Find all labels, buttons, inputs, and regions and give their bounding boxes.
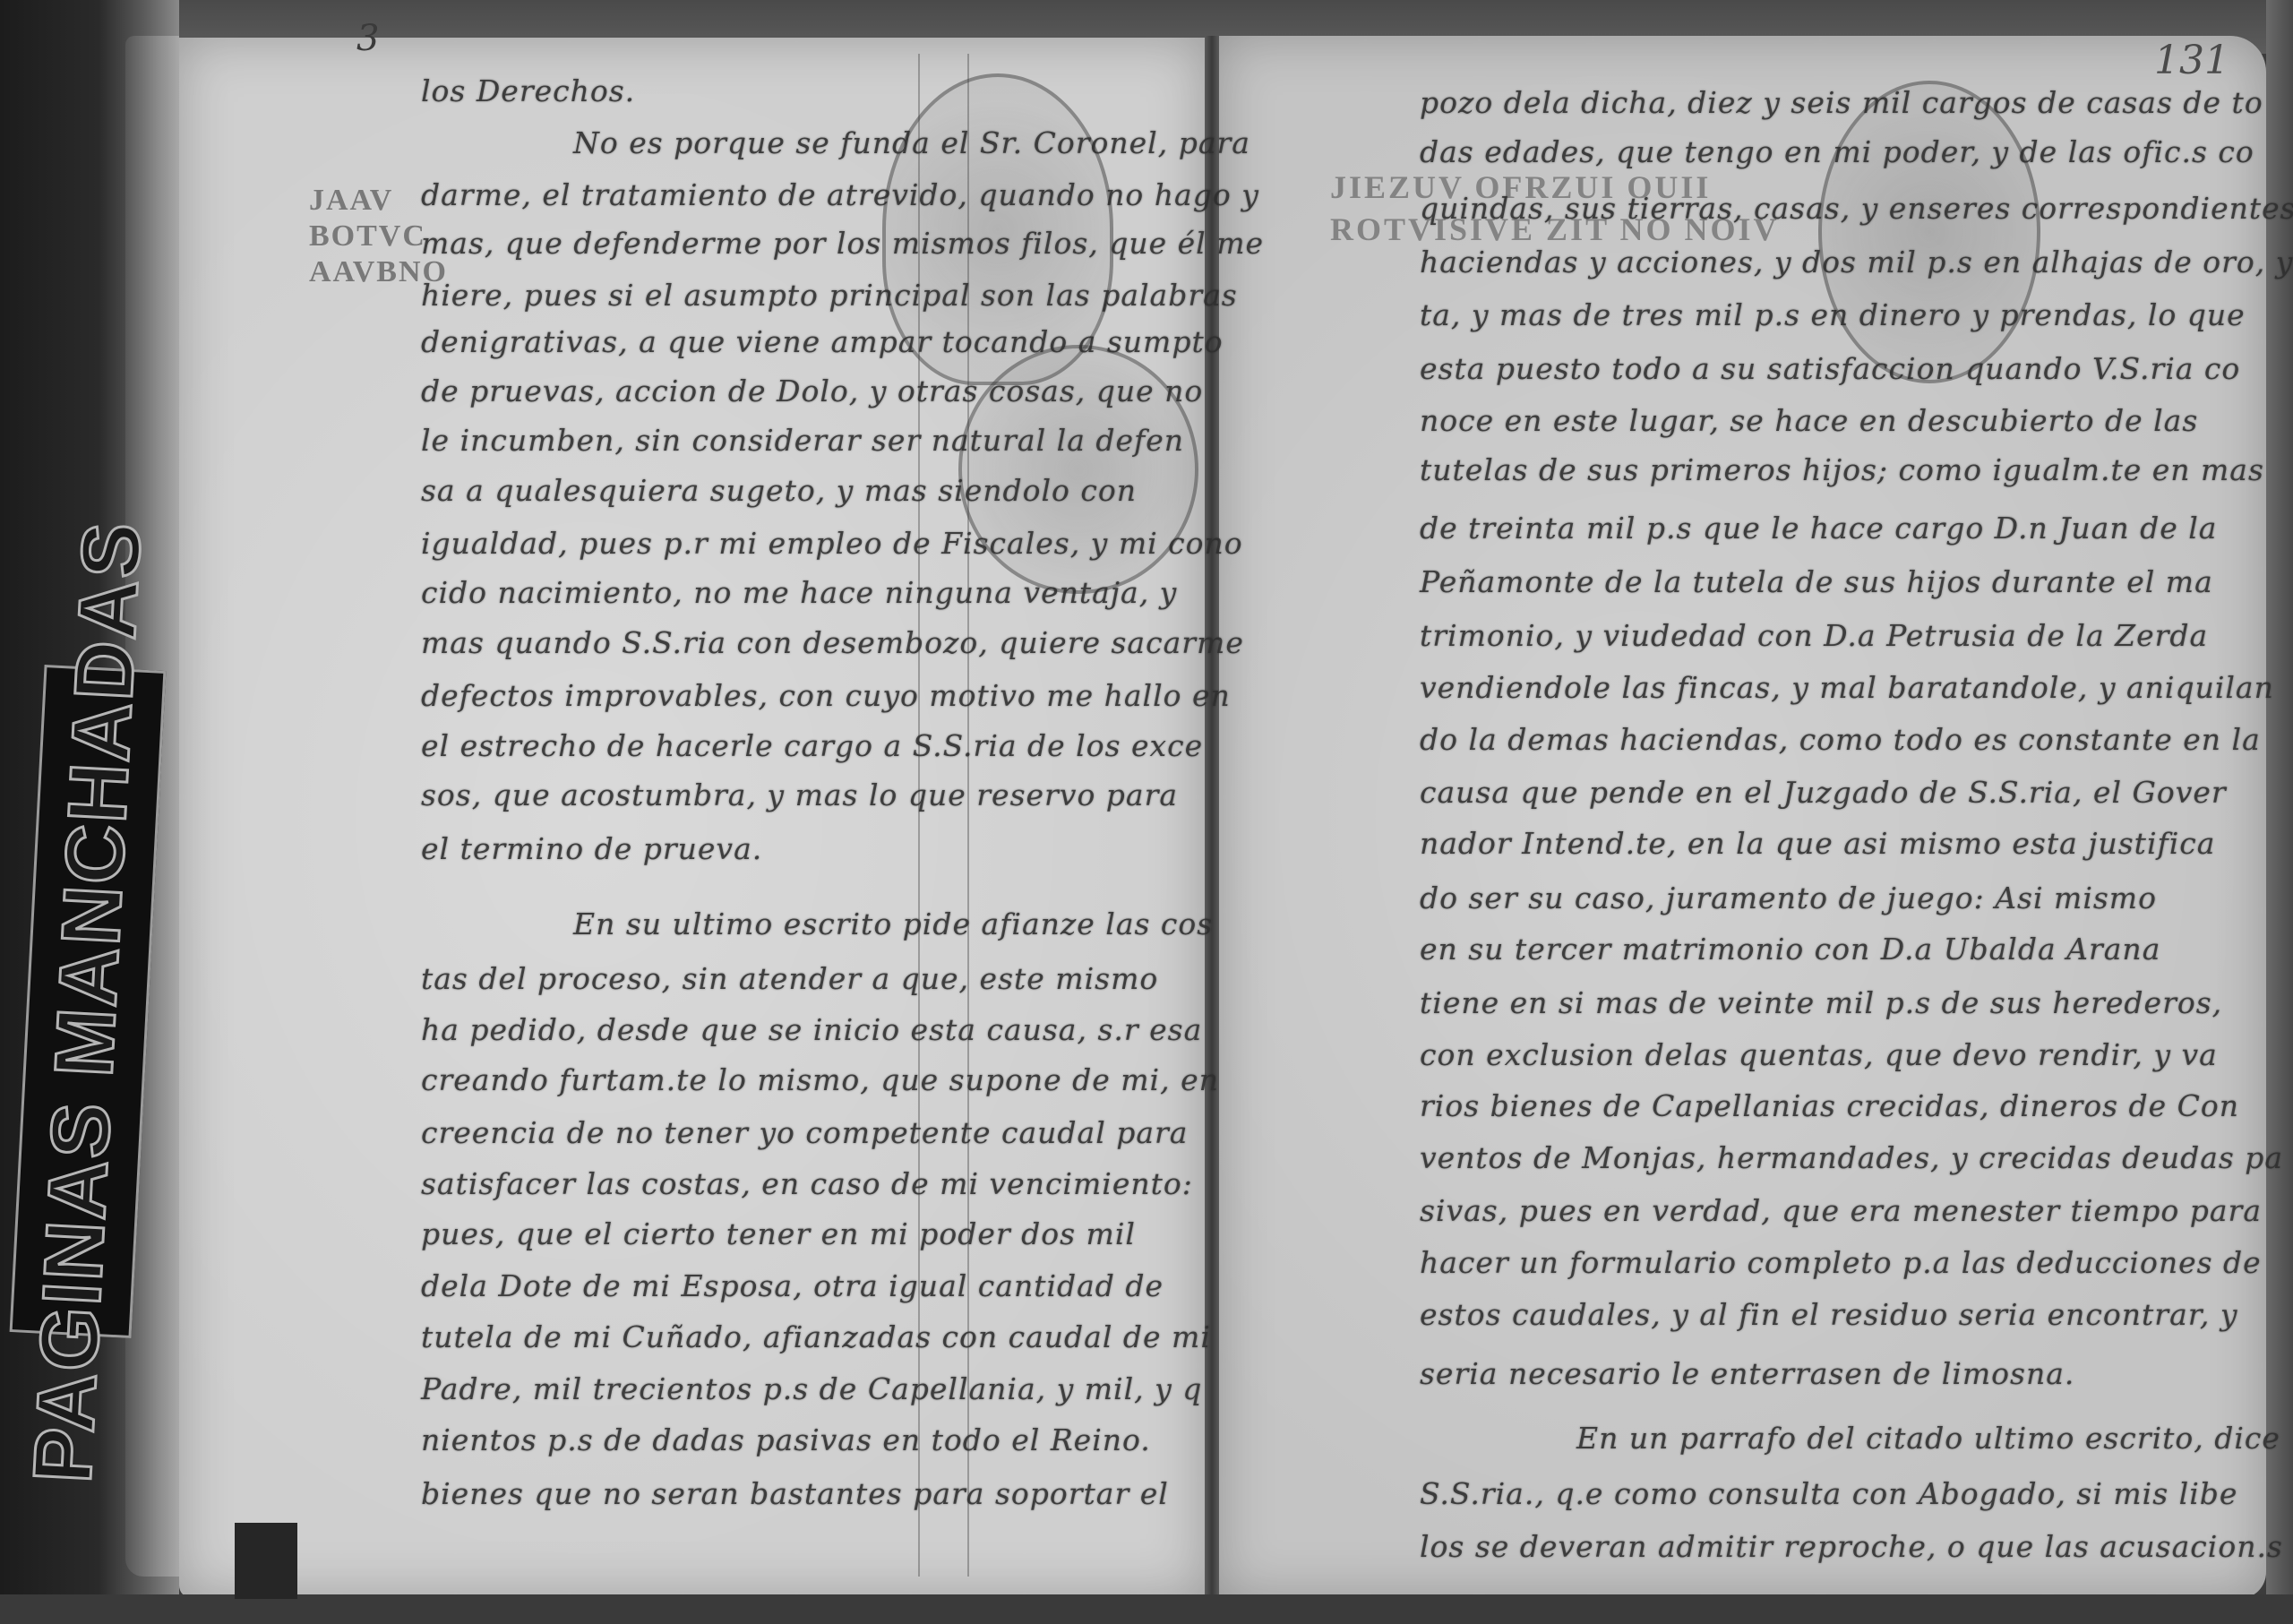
manuscript-line: nador Intend.te, en la que asi mismo est… [1420, 826, 2215, 861]
manuscript-line: causa que pende en el Juzgado de S.S.ria… [1420, 775, 2227, 810]
manuscript-line: el termino de prueva. [421, 831, 762, 866]
manuscript-line: denigrativas, a que viene ampar tocando … [421, 324, 1224, 359]
manuscript-line: sos, que acostumbra, y mas lo que reserv… [421, 778, 1178, 812]
microfilm-right-border [2266, 0, 2293, 1624]
manuscript-line: darme, el tratamiento de atrevido, quand… [421, 177, 1259, 212]
manuscript-line: mas quando S.S.ria con desembozo, quiere… [421, 625, 1244, 660]
manuscript-line: bienes que no seran bastantes para sopor… [421, 1476, 1169, 1511]
folio-corner-mark: 3 [356, 18, 379, 59]
manuscript-line: do ser su caso, juramento de juego: Asi … [1420, 881, 2157, 915]
manuscript-line: creando furtam.te lo mismo, que supone d… [421, 1062, 1219, 1097]
bleed-through-text: BOTVC [309, 219, 426, 253]
manuscript-line: los se deveran admitir reproche, o que l… [1420, 1529, 2283, 1564]
manuscript-line: tas del proceso, sin atender a que, este… [421, 961, 1158, 996]
manuscript-line: los Derechos. [421, 73, 635, 108]
manuscript-line: das edades, que tengo en mi poder, y de … [1420, 134, 2254, 169]
manuscript-line: nientos p.s de dadas pasivas en todo el … [421, 1422, 1151, 1457]
manuscript-line: mas, que defenderme por los mismos filos… [421, 226, 1264, 261]
manuscript-line: dela Dote de mi Esposa, otra igual canti… [421, 1268, 1164, 1303]
manuscript-line: el estrecho de hacerle cargo a S.S.ria d… [421, 728, 1203, 763]
manuscript-line: pozo dela dicha, diez y seis mil cargos … [1420, 85, 2263, 120]
manuscript-line: sivas, pues en verdad, que era menester … [1420, 1193, 2262, 1228]
manuscript-line: hiere, pues si el asumpto principal son … [421, 278, 1238, 313]
manuscript-line: en su tercer matrimonio con D.a Ubalda A… [1420, 932, 2160, 967]
manuscript-line: cido nacimiento, no me hace ninguna vent… [421, 575, 1177, 610]
manuscript-line: quindas, sus tierras, casas, y enseres c… [1420, 191, 2293, 226]
manuscript-line: tiene en si mas de veinte mil p.s de sus… [1420, 985, 2222, 1020]
manuscript-line: tutela de mi Cuñado, afianzadas con caud… [421, 1319, 1211, 1354]
microfilm-bottom-border [0, 1594, 2293, 1624]
manuscript-line: S.S.ria., q.e como consulta con Abogado,… [1420, 1476, 2237, 1511]
microfilm-clip [235, 1523, 297, 1599]
manuscript-line: ta, y mas de tres mil p.s en dinero y pr… [1420, 297, 2246, 332]
manuscript-line: En un parrafo del citado ultimo escrito,… [1576, 1421, 2280, 1456]
manuscript-line: con exclusion delas quentas, que devo re… [1420, 1037, 2218, 1072]
manuscript-line: En su ultimo escrito pide afianze las co… [573, 907, 1213, 941]
folio-number: 131 [2154, 38, 2229, 83]
manuscript-line: trimonio, y viudedad con D.a Petrusia de… [1420, 618, 2208, 653]
manuscript-line: igualdad, pues p.r mi empleo de Fiscales… [421, 526, 1243, 561]
manuscript-line: estos caudales, y al fin el residuo seri… [1420, 1297, 2238, 1332]
wax-seal-impression [1818, 81, 2040, 383]
manuscript-line: Padre, mil trecientos p.s de Capellania,… [421, 1371, 1202, 1406]
manuscript-line: tutelas de sus primeros hijos; como igua… [1420, 452, 2264, 487]
manuscript-line: hacer un formulario completo p.a las ded… [1420, 1245, 2262, 1280]
manuscript-line: ha pedido, desde que se inicio esta caus… [421, 1012, 1202, 1047]
manuscript-line: rios bienes de Capellanias crecidas, din… [1420, 1088, 2239, 1123]
manuscript-line: seria necesario le enterrasen de limosna… [1420, 1356, 2074, 1391]
manuscript-line: esta puesto todo a su satisfaccion quand… [1420, 351, 2240, 386]
manuscript-line: No es porque se funda el Sr. Coronel, pa… [573, 125, 1250, 160]
manuscript-line: sa a qualesquiera sugeto, y mas siendolo… [421, 473, 1137, 508]
manuscript-line: haciendas y acciones, y dos mil p.s en a… [1420, 245, 2293, 279]
manuscript-line: defectos improvables, con cuyo motivo me… [421, 678, 1231, 713]
manuscript-line: do la demas haciendas, como todo es cons… [1420, 722, 2261, 757]
manuscript-line: de pruevas, accion de Dolo, y otras cosa… [421, 374, 1203, 408]
manuscript-line: ventos de Monjas, hermandades, y crecida… [1420, 1140, 2283, 1175]
manuscript-line: noce en este lugar, se hace en descubier… [1420, 403, 2198, 438]
bleed-through-text: JAAV [309, 184, 393, 218]
manuscript-line: satisfacer las costas, en caso de mi ven… [421, 1166, 1193, 1201]
page-gutter [1205, 36, 1219, 1603]
manuscript-line: vendiendole las fincas, y mal baratandol… [1420, 670, 2274, 705]
manuscript-line: Peñamonte de la tutela de sus hijos dura… [1420, 564, 2213, 599]
manuscript-line: le incumben, sin considerar ser natural … [421, 423, 1184, 458]
manuscript-line: de treinta mil p.s que le hace cargo D.n… [1420, 511, 2217, 546]
manuscript-line: creencia de no tener yo competente cauda… [421, 1115, 1188, 1150]
manuscript-line: pues, que el cierto tener en mi poder do… [421, 1216, 1136, 1251]
